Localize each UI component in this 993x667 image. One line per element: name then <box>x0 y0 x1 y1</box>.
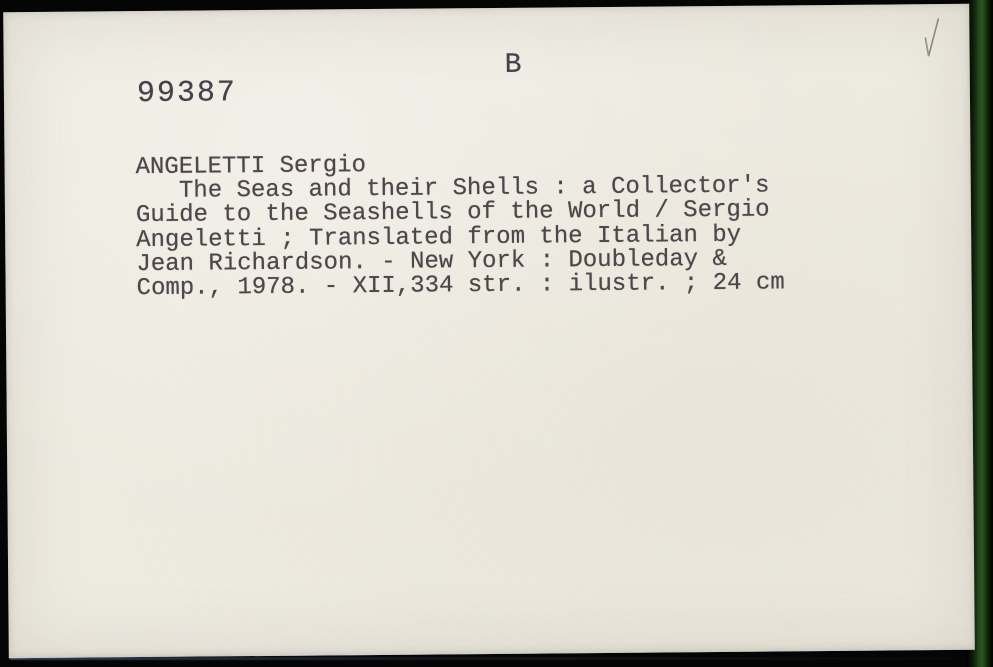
scanner-streak <box>10 657 953 660</box>
pencil-check-icon <box>921 10 945 66</box>
bibliographic-entry: ANGELETTI Sergio The Seas and their Shel… <box>135 150 784 301</box>
scanner-background: B 99387 ANGELETTI Sergio The Seas and th… <box>0 0 993 667</box>
description-line: Comp., 1978. - XII,334 str. : ilustr. ; … <box>137 271 785 301</box>
classification-letter: B <box>505 50 522 81</box>
catalog-card: B 99387 ANGELETTI Sergio The Seas and th… <box>3 4 975 658</box>
call-number: 99387 <box>137 76 237 111</box>
